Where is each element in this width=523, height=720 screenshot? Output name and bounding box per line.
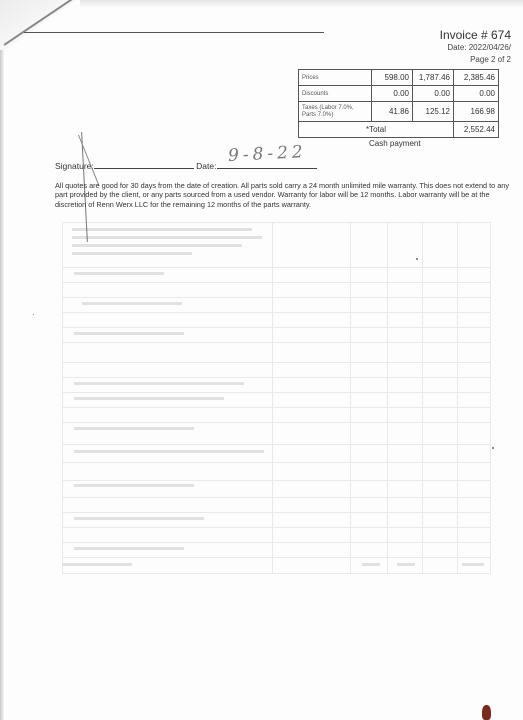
grand-total-value: 2,552.44 bbox=[454, 122, 499, 138]
total-value: 0.00 bbox=[454, 86, 499, 102]
scan-edge bbox=[0, 0, 4, 720]
signature-label: Signature: bbox=[55, 161, 94, 171]
scan-shadow bbox=[80, 0, 523, 8]
labor-value: 598.00 bbox=[372, 70, 413, 86]
date-label: Date: bbox=[196, 161, 216, 171]
total-value: 2,385.46 bbox=[454, 70, 499, 86]
invoice-number: Invoice # 674 bbox=[440, 28, 511, 42]
grand-total-label: *Total bbox=[299, 122, 454, 138]
signature-field[interactable] bbox=[94, 160, 194, 169]
parts-value: 1,787.46 bbox=[413, 70, 454, 86]
table-row: Discounts 0.00 0.00 0.00 bbox=[299, 86, 499, 102]
totals-table: Prices 598.00 1,787.46 2,385.46 Discount… bbox=[298, 69, 499, 138]
folded-corner bbox=[0, 0, 80, 50]
row-label: Prices bbox=[299, 70, 372, 86]
handwritten-date: 9-8-22 bbox=[228, 142, 308, 166]
header-rule bbox=[24, 32, 324, 33]
grand-total-row: *Total 2,552.44 bbox=[299, 122, 499, 138]
page-number: Page 2 of 2 bbox=[440, 54, 511, 66]
scan-speck bbox=[492, 447, 494, 449]
table-row: Prices 598.00 1,787.46 2,385.46 bbox=[299, 70, 499, 86]
bleed-through-table bbox=[62, 222, 490, 574]
row-label: Taxes (Labor 7.0%, Parts 7.0%) bbox=[299, 102, 372, 122]
labor-value: 41.86 bbox=[372, 102, 413, 122]
invoice-date: Date: 2022/04/26/ bbox=[440, 42, 511, 54]
parts-value: 0.00 bbox=[413, 86, 454, 102]
row-label: Discounts bbox=[299, 86, 372, 102]
parts-value: 125.12 bbox=[413, 102, 454, 122]
total-value: 166.98 bbox=[454, 102, 499, 122]
red-smudge bbox=[482, 705, 491, 720]
labor-value: 0.00 bbox=[372, 86, 413, 102]
scan-speck bbox=[33, 314, 34, 315]
payment-method: Cash payment bbox=[369, 139, 421, 148]
warranty-terms: All quotes are good for 30 days from the… bbox=[55, 181, 515, 209]
scan-speck bbox=[416, 258, 418, 260]
table-row: Taxes (Labor 7.0%, Parts 7.0%) 41.86 125… bbox=[299, 102, 499, 122]
invoice-header: Invoice # 674 Date: 2022/04/26/ Page 2 o… bbox=[440, 28, 511, 66]
